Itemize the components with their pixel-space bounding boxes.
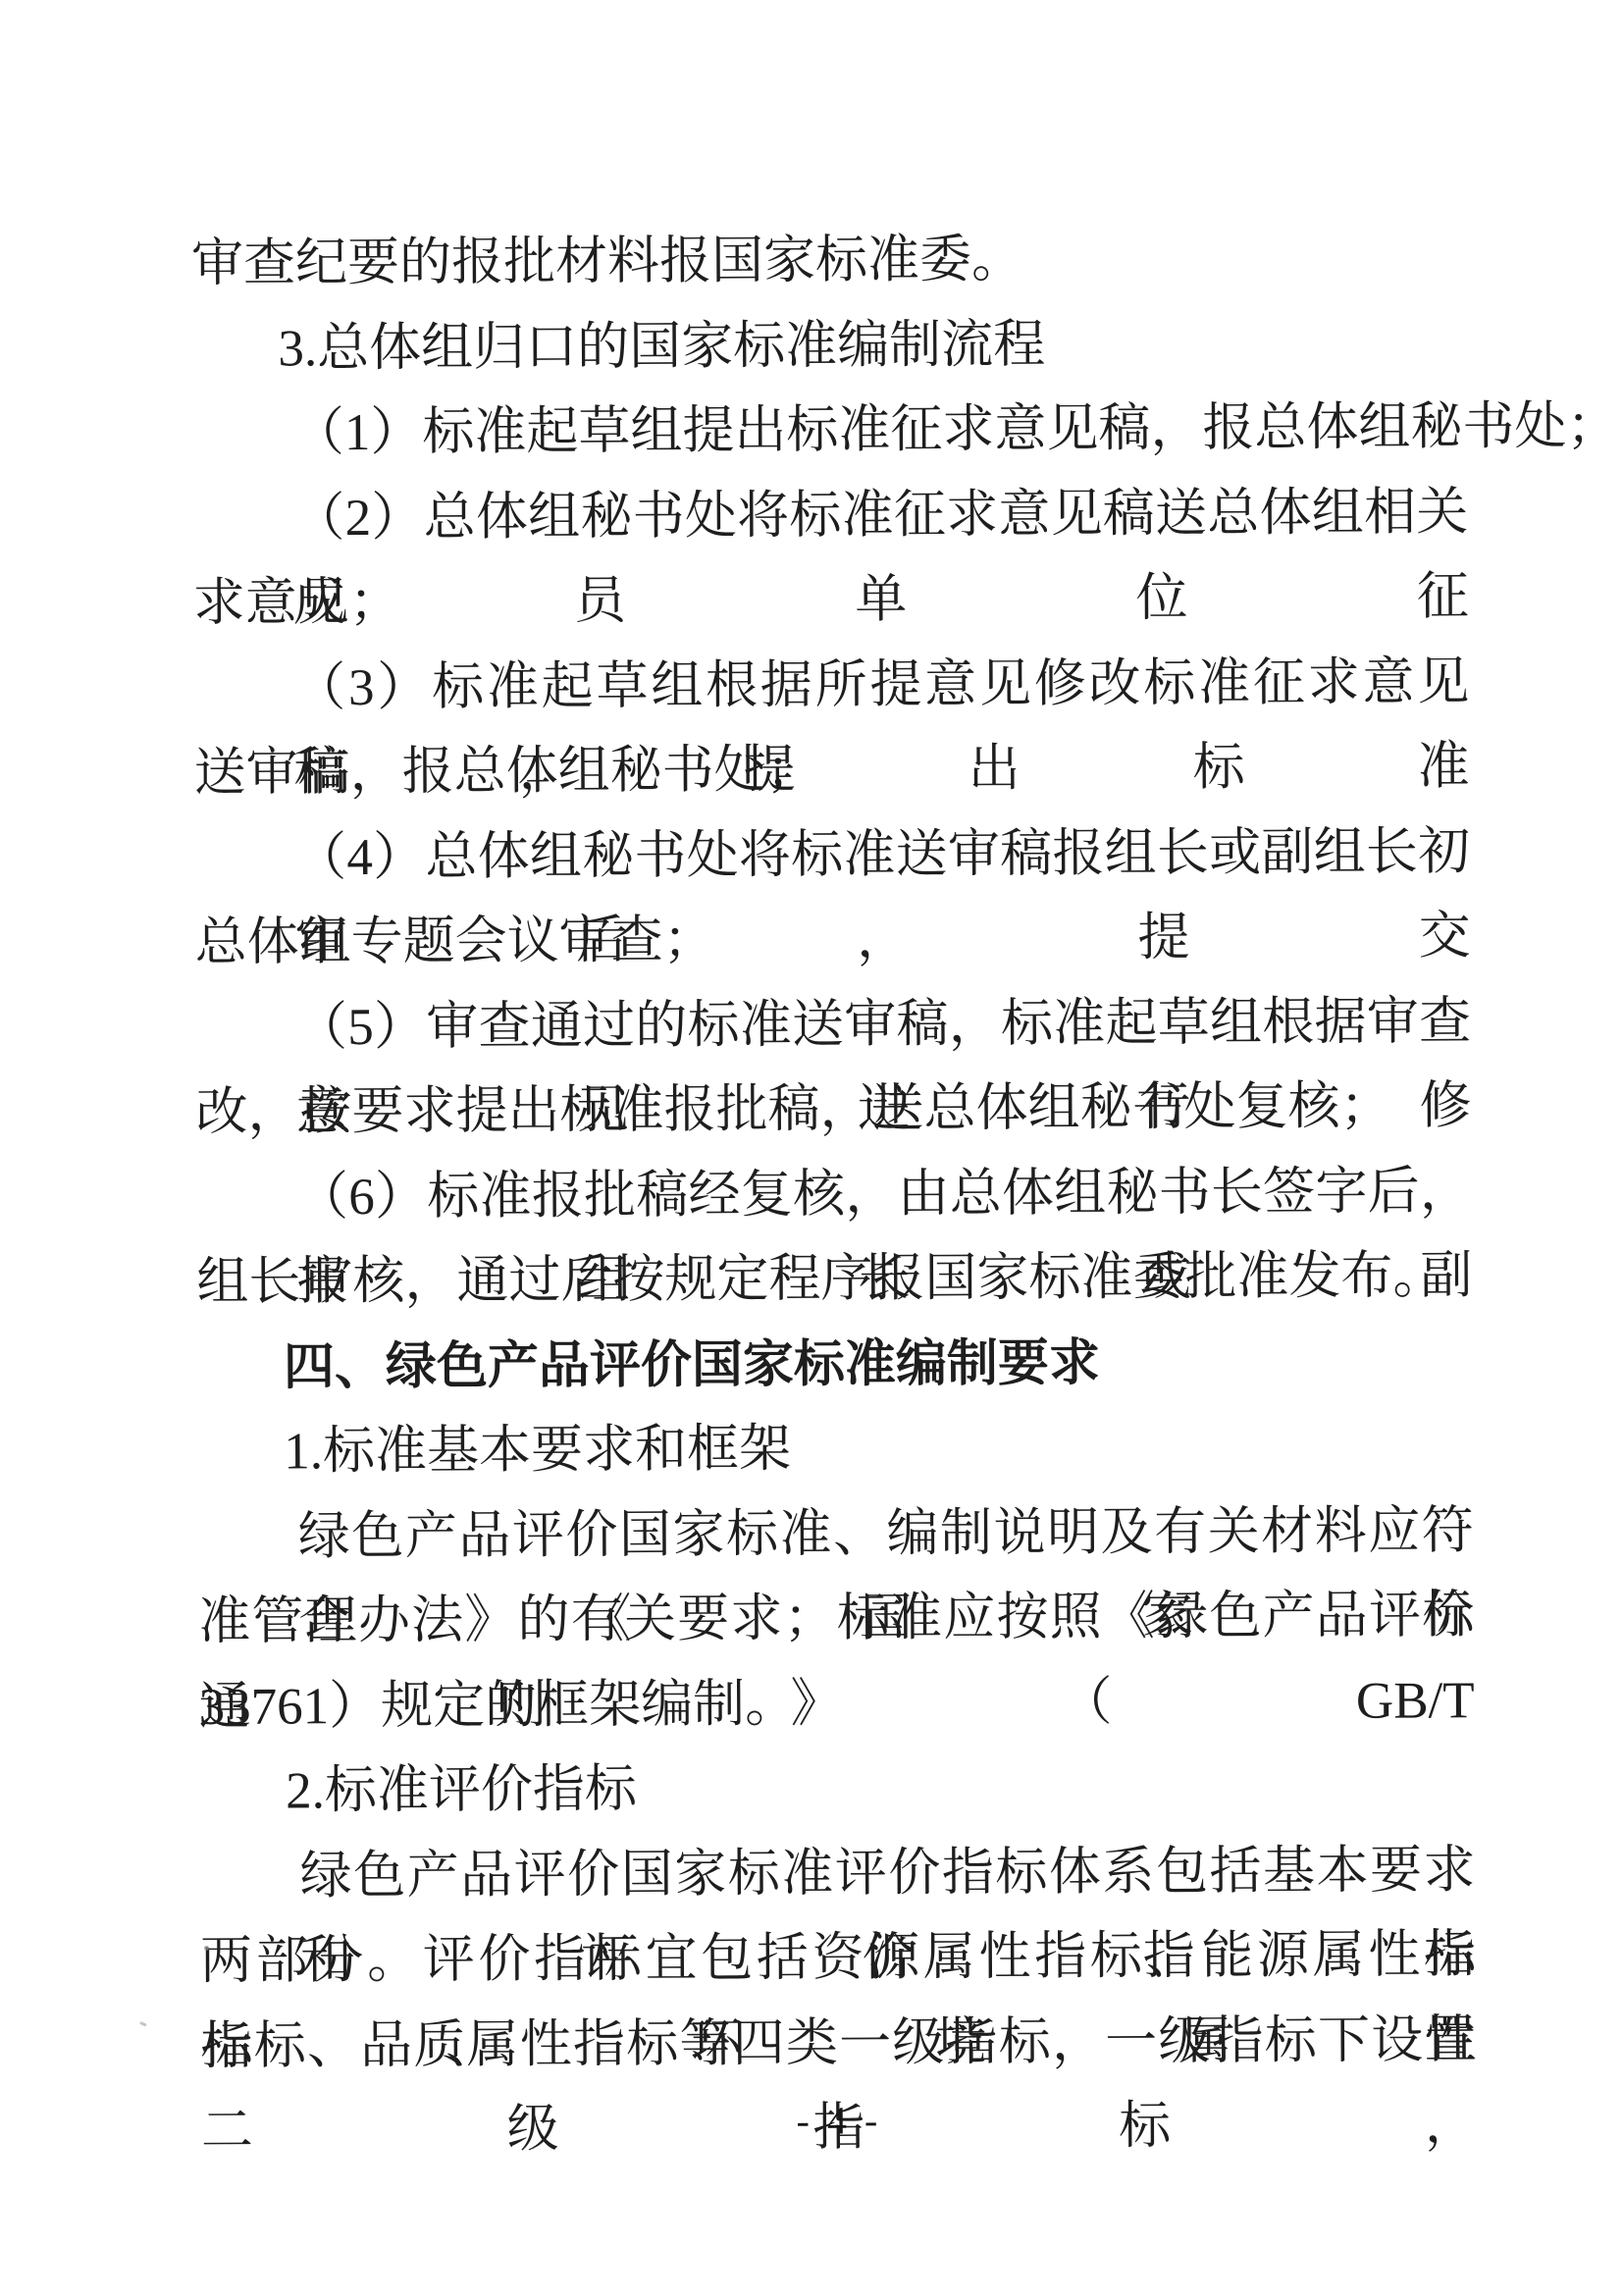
paragraph-line: 指标、品质属性指标等四类一级指标，一级指标下设置二级指标， (200, 1998, 1476, 2089)
doc-line: 组长审核，通过后按规定程序报国家标准委批准发布。 (196, 1233, 1472, 1325)
document-page: 审查纪要的报批材料报国家标准委。 3.总体组归口的国家标准编制流程 （1）标准起… (0, 0, 1623, 2296)
paragraph-line: 准管理办法》的有关要求；标准应按照《绿色产品评价通则》（GB/T (198, 1573, 1474, 1664)
scanned-sheet: 审查纪要的报批材料报国家标准委。 3.总体组归口的国家标准编制流程 （1）标准起… (0, 0, 1623, 2296)
list-item-2: （2）总体组秘书处将标准征求意见稿送总体组相关成员单位征 (192, 470, 1468, 561)
paragraph-line: 绿色产品评价国家标准、编制说明及有关材料应符合《国家标 (198, 1488, 1474, 1580)
paragraph-line: 两部分。评价指标宜包括资源属性指标、能源属性指标、环境属性 (200, 1912, 1476, 2004)
sub-heading-1: 1.标准基本要求和框架 (197, 1403, 1473, 1494)
document-text-block: 审查纪要的报批材料报国家标准委。 3.总体组归口的国家标准编制流程 （1）标准起… (191, 215, 1477, 2089)
scan-speck (204, 1946, 209, 1951)
list-item-6: （6）标准报批稿经复核，由总体组秘书长签字后，报组长或副 (196, 1149, 1472, 1240)
list-item-5: （5）审查通过的标准送审稿，标准起草组根据审查意见进行修 (195, 979, 1471, 1070)
list-item-4: （4）总体组秘书处将标准送审稿报组长或副组长初审后，提交 (194, 809, 1470, 901)
list-item-3b: （3）标准起草组根据所提意见修改标准征求意见稿，提出标准 (193, 640, 1469, 731)
doc-line: 审查纪要的报批材料报国家标准委。 (191, 215, 1467, 306)
scan-speck (139, 2021, 147, 2027)
section-heading: 四、绿色产品评价国家标准编制要求 (197, 1319, 1473, 1410)
page-number: - 4 - (201, 2087, 1477, 2155)
sub-heading-2: 2.标准评价指标 (199, 1743, 1475, 1834)
list-item-3: 3.总体组归口的国家标准编制流程 (191, 300, 1467, 391)
doc-line: 改，按要求提出标准报批稿，送总体组秘书处复核； (195, 1064, 1471, 1155)
list-item-1: （1）标准起草组提出标准征求意见稿，报总体组秘书处； (192, 385, 1468, 476)
paragraph-line: 绿色产品评价国家标准评价指标体系包括基本要求和评价指标 (199, 1828, 1475, 1919)
